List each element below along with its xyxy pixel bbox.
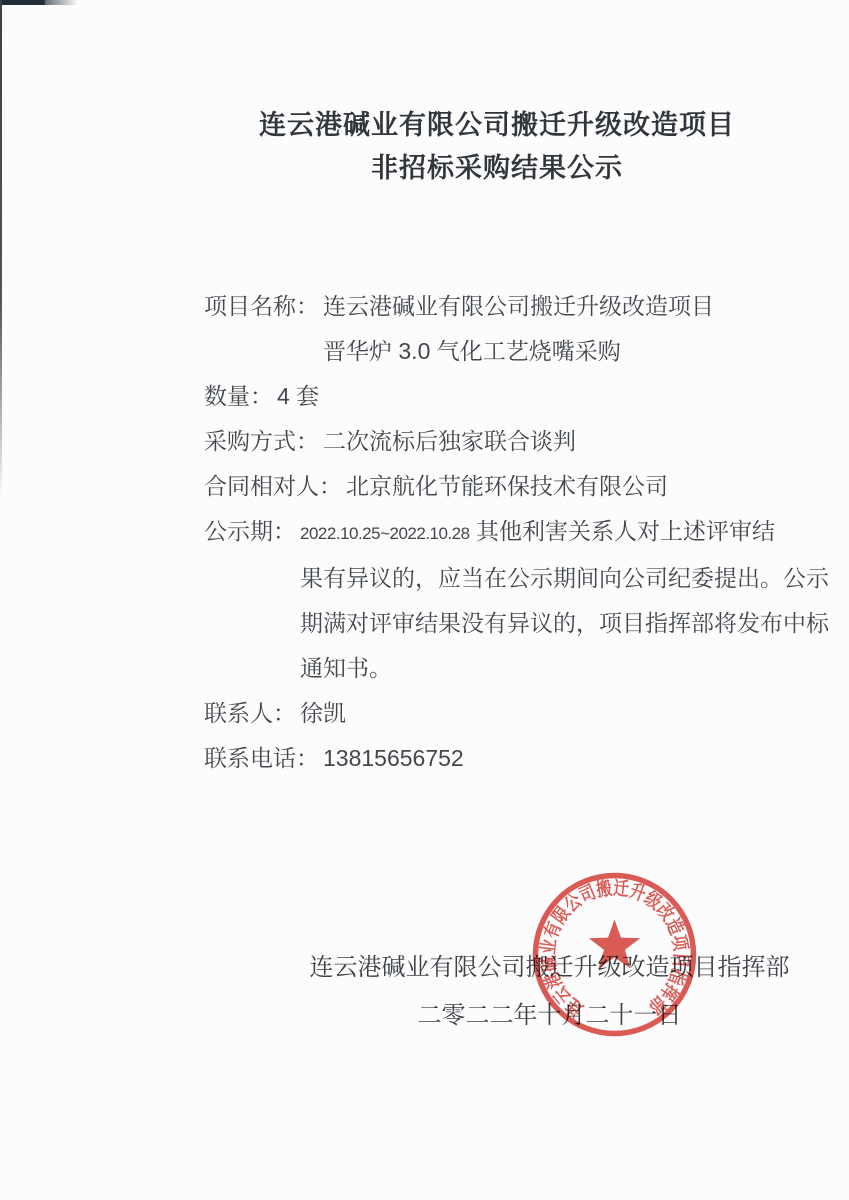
field-row-procurement-method: 采购方式： 二次流标后独家联合谈判 [204,419,824,464]
field-value: 连云港碱业有限公司搬迁升级改造项目 晋华炉 3.0 气化工艺烧嘴采购 [323,284,824,374]
field-label: 合同相对人： [204,464,342,509]
field-row-contact-person: 联系人： 徐凯 [204,691,824,736]
field-label: 联系人： [204,691,296,736]
field-value-line: 2022.10.25~2022.10.28 其他利害关系人对上述评审结 [300,509,824,556]
field-value: 2022.10.25~2022.10.28 其他利害关系人对上述评审结 果有异议… [300,509,824,691]
field-value-line: 通知书。 [300,646,824,691]
field-value-line: 13815656752 [323,736,824,781]
field-value: 4 套 [277,374,824,419]
field-value: 徐凯 [300,691,824,736]
field-row-contact-phone: 联系电话： 13815656752 [204,736,824,781]
notice-period-dates: 2022.10.25~2022.10.28 [300,524,470,543]
field-value-line: 果有异议的，应当在公示期间向公司纪委提出。公示 [300,556,824,601]
signature-block: 连云港碱业有限公司搬迁升级改造项目指挥部 二零二二年十月二十一日 [0,944,849,1040]
document-title: 连云港碱业有限公司搬迁升级改造项目 非招标采购结果公示 [0,104,849,190]
scanned-document-page: 连云港碱业有限公司搬迁升级改造项目 非招标采购结果公示 项目名称： 连云港碱业有… [0,0,849,1200]
field-value-line: 徐凯 [300,691,824,736]
scan-artifact-left-edge [0,0,2,500]
field-value-line: 4 套 [277,374,824,419]
field-label: 采购方式： [204,419,319,464]
field-label: 联系电话： [204,736,319,781]
official-seal: 连云港碱业有限公司搬迁升级改造项目指挥部 [521,861,708,1048]
field-label: 项目名称： [204,284,319,329]
document-title-line1: 连云港碱业有限公司搬迁升级改造项目 [145,104,849,147]
field-value-text: 其他利害关系人对上述评审结 [476,518,775,544]
document-title-line2: 非招标采购结果公示 [145,147,849,190]
document-body: 项目名称： 连云港碱业有限公司搬迁升级改造项目 晋华炉 3.0 气化工艺烧嘴采购… [204,284,824,781]
field-row-quantity: 数量： 4 套 [204,374,824,419]
field-value-line: 期满对评审结果没有异议的，项目指挥部将发布中标 [300,601,824,646]
field-value: 二次流标后独家联合谈判 [323,419,824,464]
field-label: 公示期： [204,509,296,554]
field-value: 13815656752 [323,736,824,781]
field-value-line: 北京航化节能环保技术有限公司 [346,464,824,509]
field-value-line: 二次流标后独家联合谈判 [323,419,824,464]
star-icon [589,920,640,969]
field-row-contract-counterparty: 合同相对人： 北京航化节能环保技术有限公司 [204,464,824,509]
field-row-project-name: 项目名称： 连云港碱业有限公司搬迁升级改造项目 晋华炉 3.0 气化工艺烧嘴采购 [204,284,824,374]
field-label: 数量： [204,374,273,419]
field-row-public-notice-period: 公示期： 2022.10.25~2022.10.28 其他利害关系人对上述评审结… [204,509,824,691]
scan-artifact-top-edge [0,0,78,5]
field-value-line: 晋华炉 3.0 气化工艺烧嘴采购 [323,329,824,374]
field-value: 北京航化节能环保技术有限公司 [346,464,824,509]
field-value-line: 连云港碱业有限公司搬迁升级改造项目 [323,284,824,329]
